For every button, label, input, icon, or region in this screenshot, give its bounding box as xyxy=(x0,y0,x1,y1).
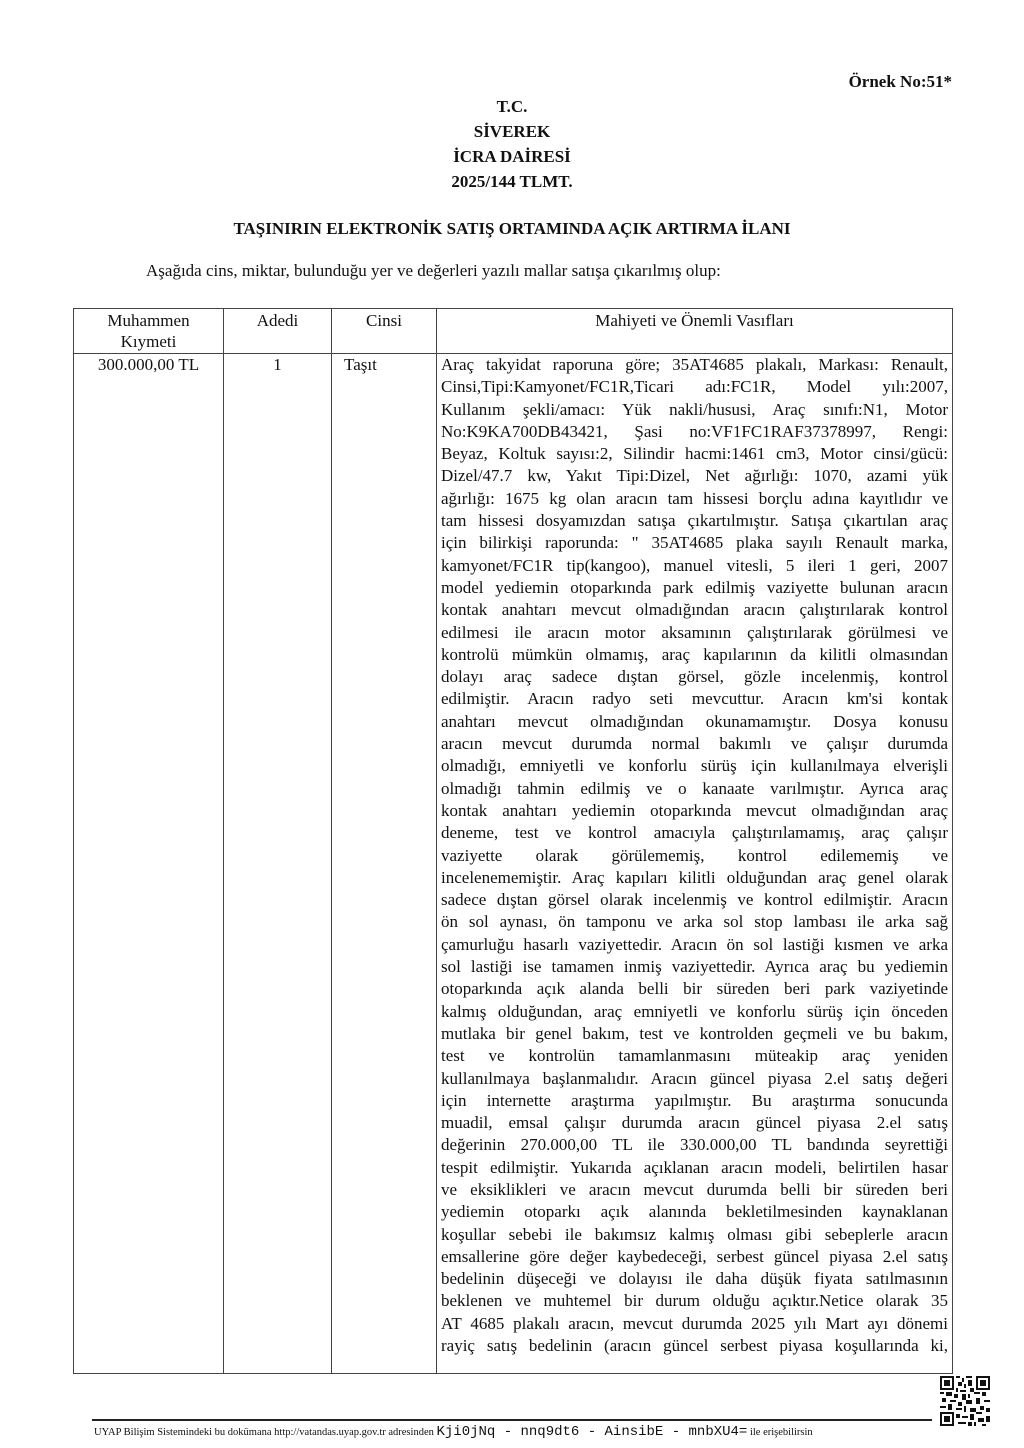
description-line: kontak anahtarı mevcut olmadığından arac… xyxy=(441,599,948,621)
qr-code-icon xyxy=(940,1376,990,1426)
intro-text: Aşağıda cins, miktar, bulunduğu yer ve d… xyxy=(146,261,721,281)
footer-verification: UYAP Bilişim Sistemindeki bu dokümana ht… xyxy=(94,1424,813,1440)
description-line: yediemin otoparkı açık alanında bekletil… xyxy=(441,1201,948,1223)
description-line: kontak anahtarı yediemin otoparkında mev… xyxy=(441,800,948,822)
description-line: değerinin 270.000,00 TL ile 330.000,00 T… xyxy=(441,1134,948,1156)
cell-value: 300.000,00 TL xyxy=(74,354,224,1374)
description-line: Cinsi,Tipi:Kamyonet/FC1R,Ticari adı:FC1R… xyxy=(441,376,948,398)
description-line: tespit edilmiştir. Yukarıda açıklanan ar… xyxy=(441,1157,948,1179)
description-line: sol lastiği ise tamamen inmiş vaziyetted… xyxy=(441,956,948,978)
sample-number: Örnek No:51* xyxy=(849,72,952,92)
column-header-value-line1: Muhammen xyxy=(107,311,189,330)
cell-quantity: 1 xyxy=(224,354,332,1374)
description-line: Beyaz, Koltuk sayısı:2, Silindir hacmi:1… xyxy=(441,443,948,465)
description-line: Araç takyidat raporuna göre; 35AT4685 pl… xyxy=(441,354,948,376)
footer-prefix: UYAP Bilişim Sistemindeki bu dokümana ht… xyxy=(94,1427,434,1438)
description-line: kamyonet/FC1R tip(kangoo), manuel vitesl… xyxy=(441,555,948,577)
description-line: otoparkında açık alanda belli bir sürede… xyxy=(441,978,948,1000)
footer-suffix: ile erişebilirsin xyxy=(750,1427,813,1438)
description-line: mutlaka bir genel bakım, test ve kontrol… xyxy=(441,1023,948,1045)
cell-description: Araç takyidat raporuna göre; 35AT4685 pl… xyxy=(437,354,953,1374)
description-line: tam hissesi dosyamızdan satışa çıkartılm… xyxy=(441,510,948,532)
column-header-description: Mahiyeti ve Önemli Vasıfları xyxy=(437,309,953,354)
description-line: ön sol aynası, ön tamponu ve arka sol st… xyxy=(441,911,948,933)
description-line: için internette araştırma yapılmıştır. B… xyxy=(441,1090,948,1112)
description-line: AT 4685 plakalı aracın, mevcut durumda 2… xyxy=(441,1313,948,1335)
description-line: çamurluğu hasarlı vaziyettedir. Aracın ö… xyxy=(441,934,948,956)
description-line: incelenememiştir. Araç kapıları kilitli … xyxy=(441,867,948,889)
column-header-value: Muhammen Kıymeti xyxy=(74,309,224,354)
description-line: emsallerine göre değer kaybedeceği, serb… xyxy=(441,1246,948,1268)
description-line: model yediemin otoparkında park edilmiş … xyxy=(441,577,948,599)
header-line-city: SİVEREK xyxy=(0,119,1024,144)
items-table: Muhammen Kıymeti Adedi Cinsi Mahiyeti ve… xyxy=(73,308,953,1374)
column-header-value-line2: Kıymeti xyxy=(121,332,177,351)
description-line: Dizel/47.7 kw, Yakıt Tipi:Dizel, Net ağı… xyxy=(441,465,948,487)
description-line: muadil, emsal çalışır durumda aracın gün… xyxy=(441,1112,948,1134)
description-line: test ve kontrolün tamamlanmasını müteaki… xyxy=(441,1045,948,1067)
description-line: bedelinin düşeceği ve dolayısı ile daha … xyxy=(441,1268,948,1290)
description-line: rayiç satış bedelinin (aracın güncel ser… xyxy=(441,1335,948,1357)
table-row: 300.000,00 TL 1 Taşıt Araç takyidat rapo… xyxy=(74,354,953,1374)
description-line: olmadığı, emniyetli ve konforlu sürüş iç… xyxy=(441,755,948,777)
description-line: sadece dıştan görsel olarak incelenmiş v… xyxy=(441,889,948,911)
description-line: ağırlığı: 1675 kg olan aracın tam hisses… xyxy=(441,488,948,510)
description-line: için bilirkişi raporunda: " 35AT4685 pla… xyxy=(441,532,948,554)
footer-divider xyxy=(92,1419,932,1421)
description-line: No:K9KA700DB43421, Şasi no:VF1FC1RAF3737… xyxy=(441,421,948,443)
description-line: ve eksiklikleri ve aracın mevcut durumda… xyxy=(441,1179,948,1201)
description-line: olmadığı tahmin edilmiş ve o kanaate var… xyxy=(441,778,948,800)
header-line-office: İCRA DAİRESİ xyxy=(0,144,1024,169)
footer-access-code: Kji0jNq - nnq9dt6 - AinsibE - mnbXU4= xyxy=(436,1424,747,1440)
description-line: edilmesi ile aracın motor aksamının çalı… xyxy=(441,622,948,644)
description-line: kalmış olduğundan, araç emniyetli ve kon… xyxy=(441,1001,948,1023)
description-line: kontrolü mümkün olmamış, araç kapılarını… xyxy=(441,644,948,666)
header-line-file-no: 2025/144 TLMT. xyxy=(0,169,1024,194)
table-header-row: Muhammen Kıymeti Adedi Cinsi Mahiyeti ve… xyxy=(74,309,953,354)
description-line: deneme, test ve kontrol amacıyla çalıştı… xyxy=(441,822,948,844)
description-line: Kullanım şekli/amacı: Yük nakli/hususi, … xyxy=(441,399,948,421)
description-line: kullanılmaya başlanmalıdır. Aracın günce… xyxy=(441,1068,948,1090)
description-line: aracın mevcut durumda normal bakımlı ve … xyxy=(441,733,948,755)
description-line: beklenen ve muhtemel bir durum olduğu aç… xyxy=(441,1290,948,1312)
description-line: anahtarı mevcut olmadığından okunamamışt… xyxy=(441,711,948,733)
description-line: vaziyette olarak görülememiş, kontrol ed… xyxy=(441,845,948,867)
description-line: dolayı araç sadece dıştan görsel, gözle … xyxy=(441,666,948,688)
header-line-tc: T.C. xyxy=(0,94,1024,119)
column-header-quantity: Adedi xyxy=(224,309,332,354)
cell-type: Taşıt xyxy=(332,354,437,1374)
description-line: koşullar sebebi ile bakımsız kalmış olma… xyxy=(441,1224,948,1246)
document-header: T.C. SİVEREK İCRA DAİRESİ 2025/144 TLMT. xyxy=(0,94,1024,194)
description-line: edilmiştir. Aracın radyo seti mevcuttur.… xyxy=(441,688,948,710)
page-title: TAŞINIRIN ELEKTRONİK SATIŞ ORTAMINDA AÇI… xyxy=(0,219,1024,239)
column-header-type: Cinsi xyxy=(332,309,437,354)
